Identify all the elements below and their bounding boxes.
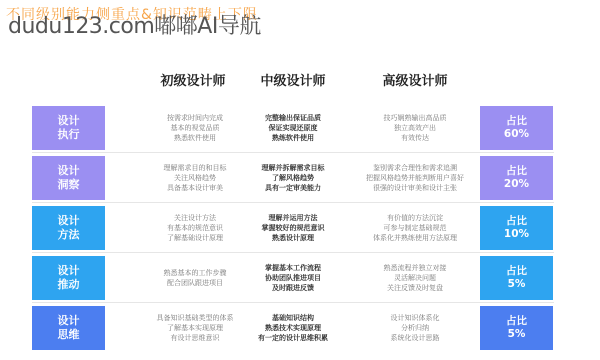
cell-line: 技巧娴熟输出高品质 [384,113,447,123]
cell-line: 配合团队跟进项目 [167,278,223,288]
divider [32,202,554,203]
ratio-value: 5% [508,278,526,290]
cell-line: 把握风格趋势并能判断用户喜好 [366,173,464,183]
cell-line: 熟练软件使用 [272,133,314,143]
cell-line: 关注反馈及时复盘 [387,283,443,293]
cell-line: 基础知识结构 [272,313,314,323]
cell-line: 及时跟进反馈 [272,283,314,293]
row-label-box: 设计思维 [32,306,105,350]
ratio-label: 占比 [506,115,527,127]
cell-line: 设计知识体系化 [391,313,440,323]
senior-cell: 熟悉流程并独立对接 灵活解决问题 关注反馈及时复盘 [350,256,480,300]
row-label: 推动 [58,278,80,291]
ratio-box: 占比5% [480,256,553,300]
senior-cell: 鉴别需求合理性和需求追溯 把握风格趋势并能判断用户喜好 很强的设计审美和设计主张 [350,156,480,200]
table-row: 设计方法 关注设计方法 有基本的规范意识 了解基础设计原理 理解并运用方法 掌握… [32,206,554,250]
ratio-box: 占比10% [480,206,553,250]
mid-cell: 基础知识结构 熟悉技术实现原理 有一定的设计思维积累 [228,306,358,350]
row-label-box: 设计推动 [32,256,105,300]
row-label-box: 设计执行 [32,106,105,150]
cell-line: 具有一定审美能力 [265,183,321,193]
ratio-value: 5% [508,328,526,340]
cell-line: 按需求时间内完成 [167,113,223,123]
cell-line: 可参与制定基础规范 [384,223,447,233]
cell-line: 有设计思维意识 [171,333,220,343]
cell-line: 掌握基本工作流程 [265,263,321,273]
ratio-value: 60% [504,128,529,140]
row-label: 方法 [58,228,80,241]
cell-line: 关注风格趋势 [174,173,216,183]
cell-line: 体系化并熟练使用方法原理 [373,233,457,243]
cell-line: 灵活解决问题 [394,273,436,283]
table-row: 设计执行 按需求时间内完成 基本的视觉品质 熟悉软件使用 完整输出保证品质 保证… [32,106,554,150]
cell-line: 掌握较好的规范意识 [262,223,325,233]
cell-line: 很强的设计审美和设计主张 [373,183,457,193]
row-label: 执行 [58,128,80,141]
table-row: 设计推动 熟悉基本的工作步骤 配合团队跟进项目 掌握基本工作流程 协助团队推进项… [32,256,554,300]
row-label: 洞察 [58,178,80,191]
cell-line: 理解并运用方法 [269,213,318,223]
ratio-label: 占比 [506,215,527,227]
divider [32,152,554,153]
cell-line: 熟悉流程并独立对接 [384,263,447,273]
ratio-box: 占比5% [480,306,553,350]
cell-line: 熟悉基本的工作步骤 [164,268,227,278]
cell-line: 完整输出保证品质 [265,113,321,123]
row-label: 思维 [58,328,80,341]
cell-line: 具备基本设计审美 [167,183,223,193]
row-label: 设计 [58,214,80,227]
ratio-box: 占比20% [480,156,553,200]
cell-line: 有一定的设计思维积累 [258,333,328,343]
senior-cell: 技巧娴熟输出高品质 独立高效产出 有效传达 [350,106,480,150]
row-label-box: 设计方法 [32,206,105,250]
cell-line: 熟悉技术实现原理 [265,323,321,333]
divider [32,302,554,303]
ratio-label: 占比 [506,265,527,277]
row-label: 设计 [58,264,80,277]
cell-line: 鉴别需求合理性和需求追溯 [373,163,457,173]
mid-cell: 理解并运用方法 掌握较好的规范意识 熟悉设计原理 [228,206,358,250]
ratio-box: 占比60% [480,106,553,150]
cell-line: 有基本的规范意识 [167,223,223,233]
column-header-senior: 高级设计师 [350,70,480,89]
watermark: dudu123.com嘟嘟AI导航 [8,9,261,40]
row-label: 设计 [58,114,80,127]
cell-line: 协助团队推进项目 [265,273,321,283]
table-row: 设计思维 具备知识基础类型的体系 了解基本实现原理 有设计思维意识 基础知识结构… [32,306,554,350]
cell-line: 熟悉软件使用 [174,133,216,143]
cell-line: 了解基础设计原理 [167,233,223,243]
cell-line: 了解基本实现原理 [167,323,223,333]
ratio-value: 20% [504,178,529,190]
cell-line: 分析归纳 [401,323,429,333]
cell-line: 理解并拆解需求目标 [262,163,325,173]
ratio-value: 10% [504,228,529,240]
cell-line: 基本的视觉品质 [171,123,220,133]
row-label-box: 设计洞察 [32,156,105,200]
cell-line: 保证实现还原度 [269,123,318,133]
senior-cell: 设计知识体系化 分析归纳 系统化设计思路 [350,306,480,350]
cell-line: 独立高效产出 [394,123,436,133]
cell-line: 有效传达 [401,133,429,143]
mid-cell: 掌握基本工作流程 协助团队推进项目 及时跟进反馈 [228,256,358,300]
cell-line: 关注设计方法 [174,213,216,223]
mid-cell: 完整输出保证品质 保证实现还原度 熟练软件使用 [228,106,358,150]
ratio-label: 占比 [506,165,527,177]
cell-line: 具备知识基础类型的体系 [157,313,234,323]
cell-line: 了解风格趋势 [272,173,314,183]
cell-line: 理解需求目的和目标 [164,163,227,173]
cell-line: 系统化设计思路 [391,333,440,343]
ratio-label: 占比 [506,315,527,327]
senior-cell: 有价值的方法沉淀 可参与制定基础规范 体系化并熟练使用方法原理 [350,206,480,250]
column-header-mid: 中级设计师 [228,70,358,89]
cell-line: 熟悉设计原理 [272,233,314,243]
divider [32,252,554,253]
table-row: 设计洞察 理解需求目的和目标 关注风格趋势 具备基本设计审美 理解并拆解需求目标… [32,156,554,200]
row-label: 设计 [58,164,80,177]
cell-line: 有价值的方法沉淀 [387,213,443,223]
row-label: 设计 [58,314,80,327]
mid-cell: 理解并拆解需求目标 了解风格趋势 具有一定审美能力 [228,156,358,200]
